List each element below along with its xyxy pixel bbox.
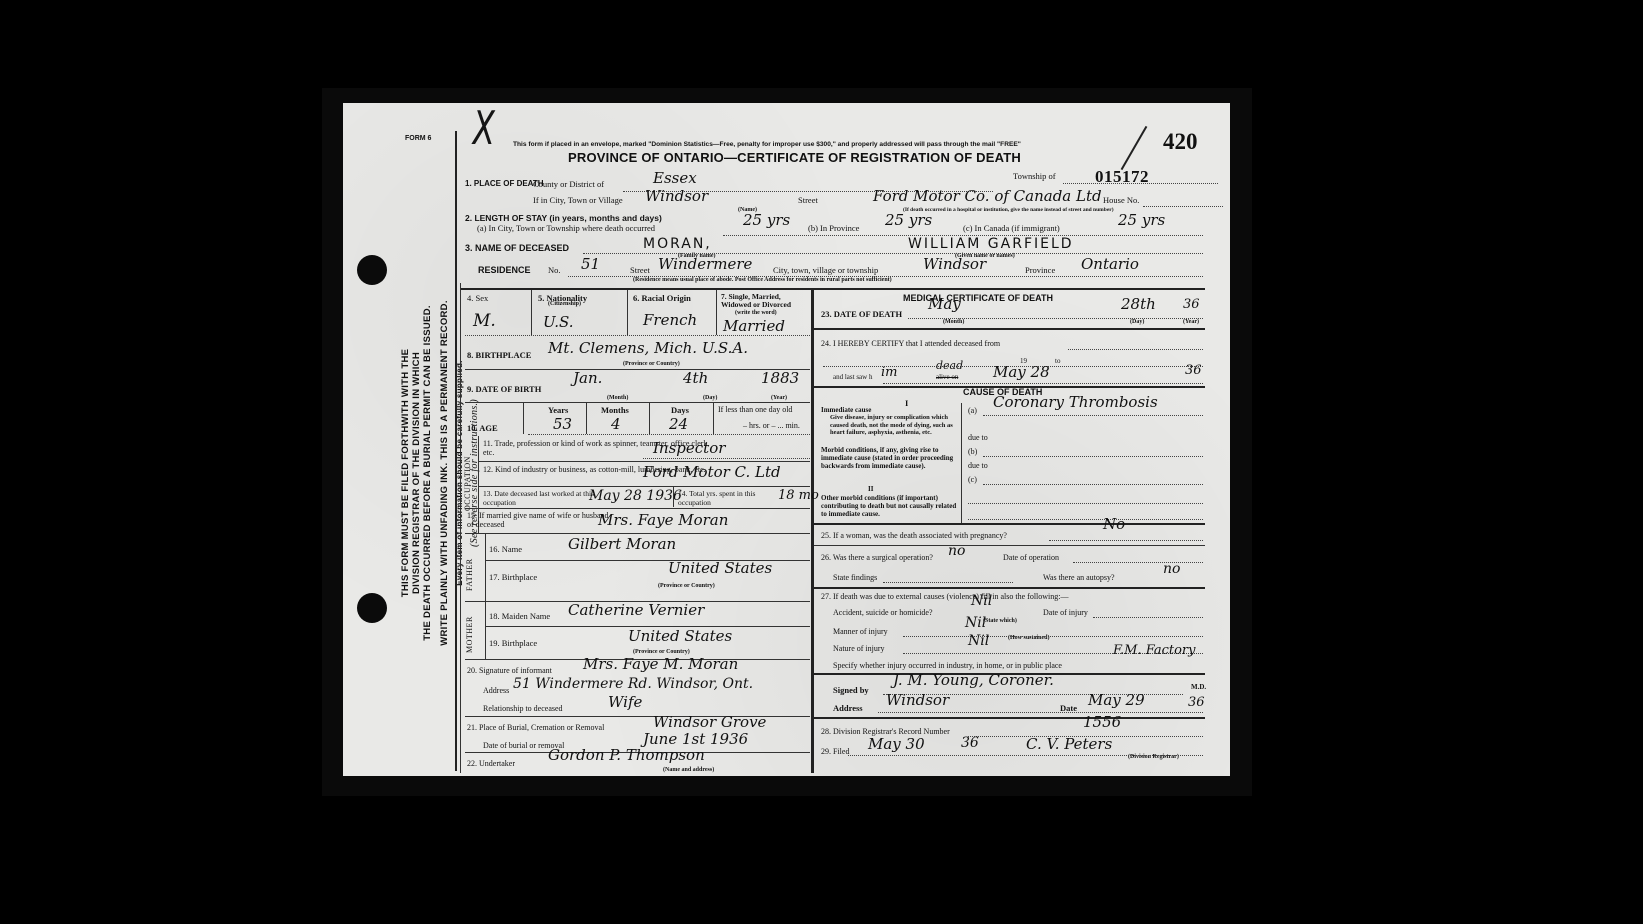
death-month-caption: (Month) bbox=[943, 319, 964, 325]
stay-canada-label: (c) In Canada (if immigrant) bbox=[963, 223, 1060, 233]
cell-divider bbox=[649, 402, 650, 434]
given-names-value: WILLIAM GARFIELD bbox=[908, 236, 1074, 252]
last-saw-year-value: 36 bbox=[1185, 363, 1202, 378]
spouse-label: 15. If married give name of wife or husb… bbox=[467, 511, 617, 529]
stay-province-label: (b) In Province bbox=[808, 223, 859, 233]
residence-city-value: Windsor bbox=[923, 255, 986, 273]
md-address-label: Address bbox=[833, 703, 863, 713]
occupation-side-label: OCCUPATION bbox=[463, 456, 472, 511]
city-value: Windsor bbox=[645, 187, 708, 205]
cause-a-label: (a) bbox=[968, 406, 977, 415]
informant-signature-label: 20. Signature of informant bbox=[467, 666, 552, 675]
morbid-conditions-label: Morbid conditions, if any, giving rise t… bbox=[821, 446, 961, 470]
cell-divider bbox=[523, 402, 524, 434]
margin-line: THE DEATH OCCURRED BEFORE A BURIAL PERMI… bbox=[422, 233, 433, 713]
margin-line: DIVISION REGISTRAR OF THE DIVISION IN WH… bbox=[411, 233, 422, 713]
autopsy-value: no bbox=[1163, 561, 1180, 577]
row-line bbox=[814, 587, 1205, 589]
county-label: County or District of bbox=[533, 179, 604, 189]
undertaker-caption: (Name and address) bbox=[663, 767, 714, 773]
due-to-label: due to bbox=[968, 433, 988, 442]
manner-value: Nil bbox=[965, 615, 986, 631]
row-line bbox=[1049, 540, 1203, 541]
row-line bbox=[883, 582, 1013, 583]
alive-correction: dead bbox=[936, 359, 963, 372]
residence-caption: (Residence means usual place of abode. P… bbox=[633, 277, 892, 283]
death-day-value: 28th bbox=[1121, 295, 1156, 313]
mother-birthplace-value: United States bbox=[628, 627, 732, 645]
cause-c-label: (c) bbox=[968, 475, 977, 484]
father-divider bbox=[485, 533, 486, 601]
nationality-caption: (Citizenship) bbox=[548, 301, 581, 307]
city-label: If in City, Town or Village bbox=[533, 195, 623, 205]
row-line bbox=[878, 712, 1203, 713]
to-label: to bbox=[1055, 357, 1060, 365]
x-mark: X bbox=[473, 101, 495, 155]
informant-address-value: 51 Windermere Rd. Windsor, Ont. bbox=[513, 676, 753, 692]
md-date-value: May 29 bbox=[1088, 691, 1145, 709]
row-line bbox=[848, 755, 1203, 756]
hrs-min-label: – hrs. or – ... min. bbox=[743, 421, 800, 430]
cell-divider bbox=[531, 290, 532, 335]
undertaker-value: Gordon P. Thompson bbox=[548, 746, 705, 764]
row-line bbox=[983, 456, 1203, 457]
birthplace-caption: (Province or Country) bbox=[623, 361, 680, 367]
md-address-value: Windsor bbox=[886, 691, 949, 709]
informant-address-label: Address bbox=[483, 686, 509, 695]
external-causes-label: 27. If death was due to external causes … bbox=[821, 592, 1068, 601]
stay-city-label: (a) In City, Town or Township where deat… bbox=[477, 223, 655, 233]
cause-b-label: (b) bbox=[968, 447, 977, 456]
row-line bbox=[983, 415, 1203, 416]
last-saw-date-value: May 28 bbox=[993, 363, 1050, 381]
dob-label: 9. DATE OF BIRTH bbox=[467, 384, 541, 394]
row-line bbox=[968, 503, 1203, 504]
residence-city-label: City, town, village or township bbox=[773, 265, 878, 275]
house-label: House No. bbox=[1103, 195, 1139, 205]
death-date-label: 23. DATE OF DEATH bbox=[821, 309, 902, 319]
father-name-label: 16. Name bbox=[489, 544, 522, 554]
spouse-value: Mrs. Faye Moran bbox=[598, 511, 728, 529]
mother-maiden-label: 18. Maiden Name bbox=[489, 611, 550, 621]
row-line bbox=[983, 484, 1203, 485]
nature-value: Nil bbox=[968, 633, 989, 649]
stay-province-value: 25 yrs bbox=[885, 211, 932, 229]
row-line bbox=[1093, 617, 1203, 618]
mother-birthplace-label: 19. Birthplace bbox=[489, 638, 537, 648]
manner-label: Manner of injury bbox=[833, 627, 888, 636]
death-year-caption: (Year) bbox=[1183, 319, 1199, 325]
father-name-value: Gilbert Moran bbox=[568, 535, 676, 553]
dob-year-caption: (Year) bbox=[771, 395, 787, 401]
total-years-value: 18 mo bbox=[778, 488, 819, 503]
due-to-label: due to bbox=[968, 461, 988, 470]
cause-a-value: Coronary Thrombosis bbox=[993, 393, 1158, 411]
registrar-signature: C. V. Peters bbox=[1026, 735, 1112, 753]
length-of-stay-label: 2. LENGTH OF STAY (in years, months and … bbox=[465, 213, 662, 223]
deceased-name-label: 3. NAME OF DECEASED bbox=[465, 243, 569, 253]
residence-no-label: No. bbox=[548, 265, 561, 275]
other-numeral: II bbox=[868, 485, 873, 493]
margin-rule bbox=[455, 131, 457, 771]
death-year-value: 36 bbox=[1183, 297, 1200, 312]
row-line bbox=[814, 523, 1205, 525]
sex-value: M. bbox=[473, 311, 496, 331]
cause-divider bbox=[961, 403, 962, 523]
dob-month-value: Jan. bbox=[573, 369, 602, 387]
row-line bbox=[903, 636, 1203, 637]
stay-city-value: 25 yrs bbox=[743, 211, 790, 229]
row-line bbox=[883, 383, 1203, 384]
residence-street-label: Street bbox=[630, 265, 650, 275]
mother-maiden-value: Catherine Vernier bbox=[568, 601, 704, 619]
operation-value: no bbox=[948, 543, 965, 559]
certificate-number: 015172 bbox=[1095, 167, 1149, 187]
punch-hole bbox=[357, 593, 387, 623]
birthplace-label: 8. BIRTHPLACE bbox=[467, 350, 531, 360]
specify-value: F.M. Factory bbox=[1113, 643, 1195, 658]
burial-place-value: Windsor Grove bbox=[653, 713, 766, 731]
row-line bbox=[814, 328, 1205, 330]
years-value: 53 bbox=[553, 415, 572, 433]
row-line bbox=[968, 519, 1203, 520]
dob-year-value: 1883 bbox=[761, 369, 799, 387]
row-line bbox=[465, 402, 810, 403]
cell-divider bbox=[627, 290, 628, 335]
margin-line: THIS FORM MUST BE FILED FORTHWITH WITH T… bbox=[400, 233, 411, 713]
immediate-cause-label: Immediate cause bbox=[821, 406, 871, 414]
sex-label: 4. Sex bbox=[467, 293, 488, 303]
father-birthplace-value: United States bbox=[668, 559, 772, 577]
findings-label: State findings bbox=[833, 573, 877, 582]
last-saw-label: and last saw h bbox=[833, 373, 872, 381]
marital-status-label: 7. Single, Married, Widowed or Divorced bbox=[721, 293, 811, 309]
marital-value: Married bbox=[723, 317, 785, 335]
days-value: 24 bbox=[669, 415, 688, 433]
age-label: 10. AGE bbox=[467, 423, 498, 433]
operation-date-label: Date of operation bbox=[1003, 553, 1059, 562]
form-number: FORM 6 bbox=[405, 135, 431, 142]
filed-date-value: May 30 bbox=[868, 735, 925, 753]
undertaker-label: 22. Undertaker bbox=[467, 759, 515, 768]
row-line bbox=[1073, 562, 1203, 563]
nationality-value: U.S. bbox=[543, 313, 574, 331]
section-divider bbox=[460, 288, 1205, 290]
street-caption: (If death occurred in a hospital or inst… bbox=[903, 207, 1114, 213]
cell-divider bbox=[673, 486, 674, 507]
dob-month-caption: (Month) bbox=[607, 395, 628, 401]
house-line bbox=[1143, 206, 1223, 207]
check-mark-icon bbox=[1121, 126, 1148, 170]
county-value: Essex bbox=[653, 169, 697, 187]
residence-province-value: Ontario bbox=[1081, 255, 1139, 273]
row-line bbox=[643, 458, 810, 459]
row-line bbox=[465, 508, 810, 509]
registration-number: 420 bbox=[1163, 129, 1198, 155]
racial-origin-label: 6. Racial Origin bbox=[633, 293, 691, 303]
less-than-day-label: If less than one day old bbox=[718, 405, 792, 414]
residence-label: RESIDENCE bbox=[478, 265, 531, 275]
mother-side-label: MOTHER bbox=[465, 616, 474, 653]
dob-day-caption: (Day) bbox=[703, 395, 717, 401]
signed-by-label: Signed by bbox=[833, 685, 869, 695]
row-line bbox=[465, 369, 810, 370]
punch-hole bbox=[357, 255, 387, 285]
accident-label: Accident, suicide or homicide? bbox=[833, 608, 933, 617]
filed-year-value: 36 bbox=[961, 735, 979, 751]
certificate-title: PROVINCE OF ONTARIO—CERTIFICATE OF REGIS… bbox=[568, 150, 1021, 165]
alive-on-label: alive on bbox=[936, 373, 958, 381]
death-month-value: May bbox=[928, 295, 961, 313]
row-line bbox=[814, 545, 1205, 546]
mail-note: This form if placed in an envelope, mark… bbox=[513, 141, 1021, 148]
row-line bbox=[479, 486, 810, 487]
signed-by-value: J. M. Young, Coroner. bbox=[893, 671, 1054, 689]
residence-province-label: Province bbox=[1025, 265, 1055, 275]
autopsy-label: Was there an autopsy? bbox=[1043, 573, 1115, 582]
relationship-value: Wife bbox=[608, 693, 642, 711]
name-line bbox=[583, 253, 1203, 254]
row-line bbox=[465, 335, 810, 336]
relationship-label: Relationship to deceased bbox=[483, 704, 563, 713]
industry-value: Ford Motor C. Ltd bbox=[643, 463, 781, 481]
last-worked-value: May 28 1936 bbox=[589, 488, 682, 504]
row-line bbox=[465, 533, 810, 534]
last-saw-value: im bbox=[881, 365, 898, 380]
residence-street-value: Windermere bbox=[658, 255, 752, 273]
other-conditions-label: Other morbid conditions (if important) c… bbox=[821, 494, 959, 518]
cell-divider bbox=[713, 402, 714, 434]
family-name-value: MORAN, bbox=[643, 236, 712, 252]
street-label: Street bbox=[798, 195, 818, 205]
months-value: 4 bbox=[611, 415, 621, 433]
state-which-caption: (State which) bbox=[983, 618, 1017, 624]
township-line bbox=[1063, 183, 1218, 184]
row-line bbox=[908, 318, 1203, 319]
trade-value: Inspector bbox=[653, 439, 725, 457]
center-divider bbox=[811, 290, 814, 773]
father-side-label: FATHER bbox=[465, 558, 474, 591]
specify-label: Specify whether injury occurred in indus… bbox=[833, 661, 1062, 670]
md-year-value: 36 bbox=[1188, 695, 1205, 710]
place-of-death-label: 1. PLACE OF DEATH bbox=[465, 179, 501, 189]
residence-no-value: 51 bbox=[581, 255, 600, 273]
certify-label: 24. I HEREBY CERTIFY that I attended dec… bbox=[821, 339, 1000, 348]
cell-divider bbox=[716, 290, 717, 335]
row-line bbox=[528, 434, 810, 435]
marital-caption: (write the word) bbox=[735, 310, 777, 316]
months-label: Months bbox=[601, 405, 629, 415]
pregnancy-value: No bbox=[1103, 515, 1125, 533]
injury-date-label: Date of injury bbox=[1043, 608, 1088, 617]
birthplace-value: Mt. Clemens, Mich. U.S.A. bbox=[548, 339, 748, 357]
township-label: Township of bbox=[1013, 171, 1056, 181]
years-label: Years bbox=[548, 405, 568, 415]
immediate-cause-help: Give disease, injury or complication whi… bbox=[830, 414, 960, 437]
dob-day-value: 4th bbox=[683, 369, 708, 387]
street-value: Ford Motor Co. of Canada Ltd bbox=[873, 187, 1102, 205]
nature-label: Nature of injury bbox=[833, 644, 885, 653]
death-certificate: FORM 6 THIS FORM MUST BE FILED FORTHWITH… bbox=[343, 103, 1230, 776]
operation-label: 26. Was there a surgical operation? bbox=[821, 553, 933, 562]
stay-canada-value: 25 yrs bbox=[1118, 211, 1165, 229]
death-day-caption: (Day) bbox=[1130, 319, 1144, 325]
mother-divider bbox=[485, 601, 486, 659]
total-years-label: 14. Total yrs. spent in this occupation bbox=[678, 489, 788, 507]
accident-value: Nil bbox=[971, 593, 992, 609]
racial-origin-value: French bbox=[643, 311, 697, 329]
md-label: M.D. bbox=[1191, 683, 1206, 691]
margin-line: WRITE PLAINLY WITH UNFADING INK. THIS IS… bbox=[439, 233, 450, 713]
row-line bbox=[814, 717, 1205, 719]
medical-heading: MEDICAL CERTIFICATE OF DEATH bbox=[903, 293, 1053, 303]
record-number-value: 1556 bbox=[1083, 713, 1121, 731]
filed-label: 29. Filed bbox=[821, 747, 849, 756]
days-label: Days bbox=[671, 405, 689, 415]
pregnancy-label: 25. If a woman, was the death associated… bbox=[821, 531, 1007, 540]
left-box-rule bbox=[460, 283, 461, 773]
informant-signature-value: Mrs. Faye M. Moran bbox=[583, 655, 738, 673]
father-birthplace-caption: (Province or Country) bbox=[658, 583, 715, 589]
row-line bbox=[1068, 349, 1203, 350]
row-line bbox=[479, 461, 810, 462]
cell-divider bbox=[586, 402, 587, 434]
burial-place-label: 21. Place of Burial, Cremation or Remova… bbox=[467, 723, 604, 732]
father-birthplace-label: 17. Birthplace bbox=[489, 572, 537, 582]
immediate-numeral: I bbox=[905, 398, 908, 408]
